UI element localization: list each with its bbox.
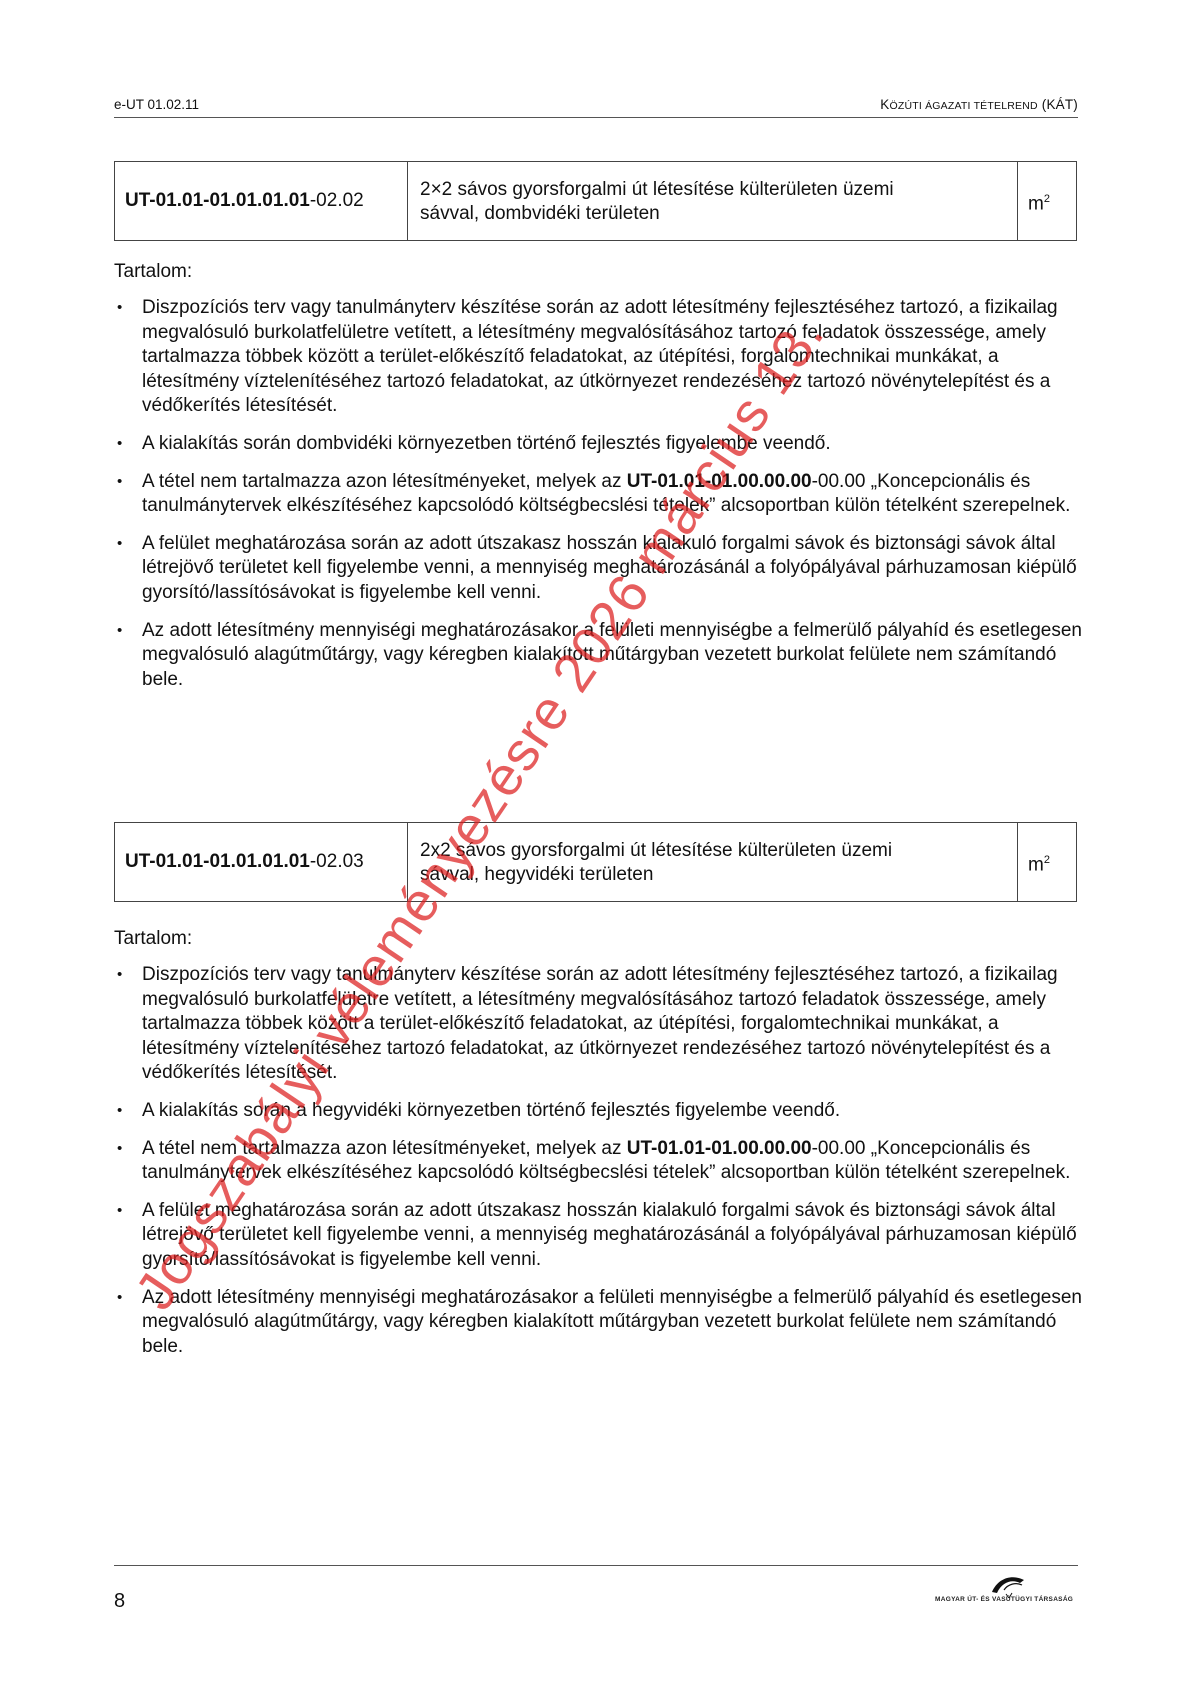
item-unit: m2 [1018,162,1077,241]
bullet-icon: • [117,963,122,988]
item-unit: m2 [1018,823,1077,902]
item-table-1: UT-01.01-01.01.01.01-02.02 2×2 sávos gyo… [114,161,1077,241]
bullet-icon: • [117,532,122,557]
list-item: •A tétel nem tartalmazza azon létesítmén… [114,470,1084,519]
list-item: •A tétel nem tartalmazza azon létesítmén… [114,1137,1084,1186]
item-code: UT-01.01-01.01.01.01-02.02 [115,162,408,241]
content-label: Tartalom: [114,261,192,283]
reference-code: UT-01.01-01.00.00.00 [627,1138,812,1159]
bullet-icon: • [117,1137,122,1162]
table-row: UT-01.01-01.01.01.01-02.03 2x2 sávos gyo… [115,823,1077,902]
table-row: UT-01.01-01.01.01.01-02.02 2×2 sávos gyo… [115,162,1077,241]
content-list-1: •Diszpozíciós terv vagy tanulmányterv ké… [114,296,1084,705]
list-item: •A felület meghatározása során az adott … [114,1199,1084,1273]
bullet-icon: • [117,1199,122,1224]
list-item: •A felület meghatározása során az adott … [114,532,1084,606]
item-code: UT-01.01-01.01.01.01-02.03 [115,823,408,902]
publisher-name: MAGYAR ÚT- ÉS VASÚTÜGYI TÁRSASÁG [935,1596,1073,1603]
list-item: •A kialakítás során dombvidéki környezet… [114,432,1084,457]
content-label: Tartalom: [114,928,192,950]
page-header: e-UT 01.02.11 KÖZÚTI ÁGAZATI TÉTELREND (… [114,95,1078,118]
bullet-icon: • [117,296,122,321]
list-item: •Az adott létesítmény mennyiségi meghatá… [114,619,1084,693]
document-code: e-UT 01.02.11 [114,97,199,112]
item-description: 2x2 sávos gyorsforgalmi út létesítése kü… [408,823,1018,902]
bullet-icon: • [117,470,122,495]
content-list-2: •Diszpozíciós terv vagy tanulmányterv ké… [114,963,1084,1372]
list-item: •Diszpozíciós terv vagy tanulmányterv ké… [114,963,1084,1086]
footer-divider [114,1565,1078,1566]
document-title: KÖZÚTI ÁGAZATI TÉTELREND (KÁT) [880,97,1078,112]
list-item: •Diszpozíciós terv vagy tanulmányterv ké… [114,296,1084,419]
list-item: •Az adott létesítmény mennyiségi meghatá… [114,1286,1084,1360]
reference-code: UT-01.01-01.00.00.00 [627,471,812,492]
item-description: 2×2 sávos gyorsforgalmi út létesítése kü… [408,162,1018,241]
bullet-icon: • [117,432,122,457]
list-item: •A kialakítás során a hegyvidéki környez… [114,1099,1084,1124]
page-number: 8 [114,1590,125,1613]
item-table-2: UT-01.01-01.01.01.01-02.03 2x2 sávos gyo… [114,822,1077,902]
bullet-icon: • [117,1286,122,1311]
road-swoosh-logo-icon [990,1574,1026,1598]
bullet-icon: • [117,619,122,644]
publisher-logo: MAGYAR ÚT- ÉS VASÚTÜGYI TÁRSASÁG [935,1574,1080,1610]
bullet-icon: • [117,1099,122,1124]
